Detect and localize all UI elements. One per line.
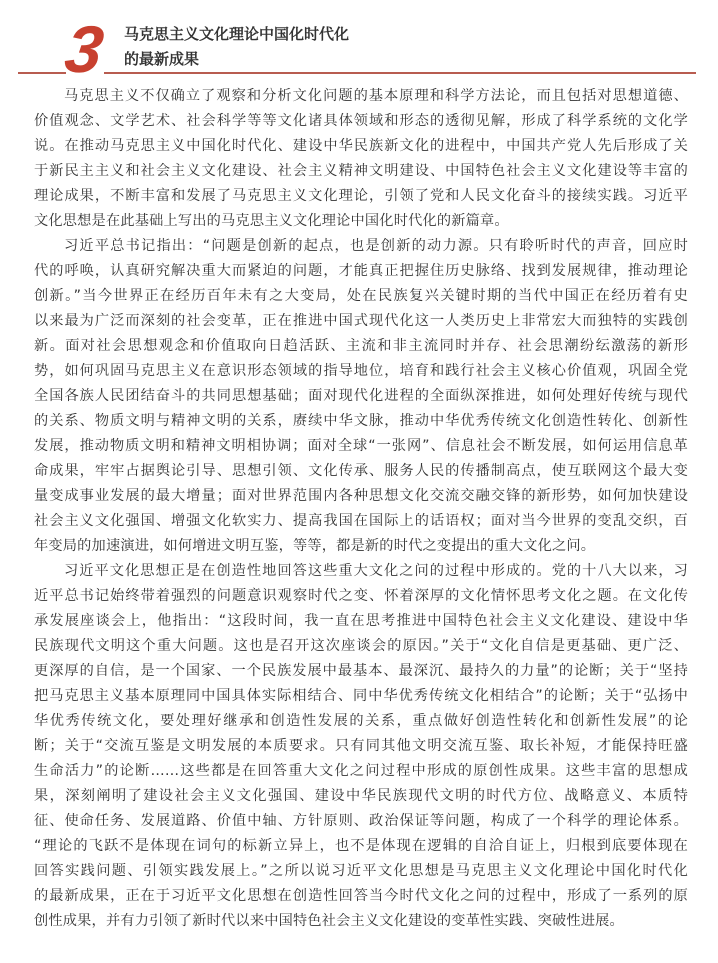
paragraph-line: 势，如何巩固马克思主义在意识形态领域的指导地位，培育和践行社会主义核心价值观，巩… <box>34 359 688 384</box>
paragraph: 习近平文化思想正是在创造性地回答这些重大文化之问的过程中形成的。党的十八大以来，… <box>34 559 688 934</box>
paragraph: 习近平总书记指出：“问题是创新的起点，也是创新的动力源。只有聆听时代的声音，回应… <box>34 234 688 559</box>
paragraph-line: 全国各族人民团结奋斗的共同思想基础；面对现代化进程的全面纵深推进，如何处理好传统… <box>34 384 688 409</box>
paragraph-line: 更深厚的自信，是一个国家、一个民族发展中最基本、最深沉、最持久的力量”的论断；关… <box>34 659 688 684</box>
section-title-line: 的最新成果 <box>124 47 349 72</box>
paragraph-line: 量变成事业发展的最大增量；面对世界范围内各种思想文化交流交融交锋的新形势，如何加… <box>34 484 688 509</box>
paragraph-line: 回答实践问题、引领实践发展上。”之所以说习近平文化思想是马克思主义文化理论中国化… <box>34 859 688 884</box>
paragraph-line: 以来最为广泛而深刻的社会变革，正在推进中国式现代化这一人类历史上非常宏大而独特的… <box>34 309 688 334</box>
paragraph-line: 的最新成果，正在于习近平文化思想在创造性回答当今时代文化之问的过程中，形成了一系… <box>34 884 688 909</box>
paragraph-line: 把马克思主义基本原理同中国具体实际相结合、同中华优秀传统文化相结合”的论断；关于… <box>34 684 688 709</box>
paragraph-line: 新。面对社会思想观念和价值取向日趋活跃、主流和非主流同时并存、社会思潮纷纭激荡的… <box>34 334 688 359</box>
paragraph-line: 承发展座谈会上，他指出：“这段时间，我一直在思考推进中国特色社会主义文化建设、建… <box>34 609 688 634</box>
paragraph-line: 征、使命任务、发展道路、价值中轴、方针原则、政治保证等问题，构成了一个科学的理论… <box>34 809 688 834</box>
paragraph-line: 习近平文化思想正是在创造性地回答这些重大文化之问的过程中形成的。党的十八大以来，… <box>34 559 688 584</box>
paragraph-line: “理论的飞跃不是体现在词句的标新立异上，也不是体现在逻辑的自洽自证上，归根到底要… <box>34 834 688 859</box>
paragraph-line: 习近平总书记指出：“问题是创新的起点，也是创新的动力源。只有聆听时代的声音，回应… <box>34 234 688 259</box>
paragraph-line: 年变局的加速演进，如何增进文明互鉴，等等，都是新的时代之变提出的重大文化之问。 <box>34 534 688 559</box>
paragraph-line: 马克思主义不仅确立了观察和分析文化问题的基本原理和科学方法论，而且包括对思想道德… <box>34 84 688 109</box>
paragraph-line: 代的呼唤，认真研究解决重大而紧迫的问题，才能真正把握住历史脉络、找到发展规律，推… <box>34 259 688 284</box>
section-title: 马克思主义文化理论中国化时代化 的最新成果 <box>124 22 349 72</box>
paragraph-line: 发展，推动物质文明和精神文明相协调；面对全球“一张网”、信息社会不断发展，如何运… <box>34 434 688 459</box>
paragraph-line: 断；关于“交流互鉴是文明发展的本质要求。只有同其他文明交流互鉴、取长补短，才能保… <box>34 734 688 759</box>
paragraph-line: 民族现代文明这个重大问题。这也是召开这次座谈会的原因。”关于“文化自信是更基础、… <box>34 634 688 659</box>
section-title-line: 马克思主义文化理论中国化时代化 <box>124 22 349 47</box>
paragraph-line: 创新。”当今世界正在经历百年未有之大变局，处在民族复兴关键时期的当代中国正在经历… <box>34 284 688 309</box>
section-header: 3 马克思主义文化理论中国化时代化 的最新成果 <box>0 0 718 84</box>
paragraph-line: 的关系、物质文明与精神文明的关系，赓续中华文脉，推动中华优秀传统文化创造性转化、… <box>34 409 688 434</box>
paragraph-line: 说。在推动马克思主义中国化时代化、建设中华民族新文化的进程中，中国共产党人先后形… <box>34 134 688 159</box>
paragraph-line: 社会主义文化强国、增强文化软实力、提高我国在国际上的话语权；面对当今世界的变乱交… <box>34 509 688 534</box>
paragraph-line: 文化思想是在此基础上写出的马克思主义文化理论中国化时代化的新篇章。 <box>34 209 688 234</box>
paragraph-line: 理论成果，不断丰富和发展了马克思主义文化理论，引领了党和人民文化奋斗的接续实践。… <box>34 184 688 209</box>
paragraph-line: 创性成果，并有力引领了新时代以来中国特色社会主义文化建设的变革性实践、突破性进展… <box>34 909 688 934</box>
header-rule-left <box>18 72 66 74</box>
paragraph-line: 果，深刻阐明了建设社会主义文化强国、建设中华民族现代文明的时代方位、战略意义、本… <box>34 784 688 809</box>
paragraph-line: 生命活力”的论断……这些都是在回答重大文化之问过程中形成的原创性成果。这些丰富的… <box>34 759 688 784</box>
paragraph-line: 命成果，牢牢占据舆论引导、思想引领、文化传承、服务人民的传播制高点，使互联网这个… <box>34 459 688 484</box>
paragraph-line: 近平总书记始终带着强烈的问题意识观察时代之变、怀着深厚的文化情怀思考文化之题。在… <box>34 584 688 609</box>
paragraph-line: 价值观念、文学艺术、社会科学等等文化诸具体领域和形态的透彻见解，形成了科学系统的… <box>34 109 688 134</box>
paragraph-line: 于新民主主义和社会主义文化建设、社会主义精神文明建设、中国特色社会主义文化建设等… <box>34 159 688 184</box>
section-number: 3 <box>61 16 105 82</box>
article-body: 马克思主义不仅确立了观察和分析文化问题的基本原理和科学方法论，而且包括对思想道德… <box>34 84 688 934</box>
paragraph: 马克思主义不仅确立了观察和分析文化问题的基本原理和科学方法论，而且包括对思想道德… <box>34 84 688 234</box>
header-rule-right <box>104 72 696 74</box>
paragraph-line: 华优秀传统文化，要处理好继承和创造性发展的关系，重点做好创造性转化和创新性发展”… <box>34 709 688 734</box>
